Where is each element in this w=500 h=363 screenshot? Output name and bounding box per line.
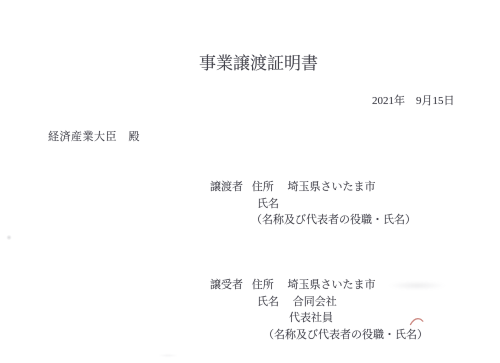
document-title: 事業譲渡証明書 — [199, 54, 318, 74]
transferor-address-label: 住所 — [252, 181, 274, 193]
red-check-mark-icon — [409, 316, 425, 326]
transferee-address-label: 住所 — [252, 279, 274, 291]
recipient-line: 経済産業大臣 殿 — [48, 130, 140, 144]
transferor-representative-note: （名称及び代表者の役職・氏名） — [251, 214, 416, 226]
transferor-address-line: 譲渡者 住所 埼玉県さいたま市 — [210, 179, 416, 196]
certificate-page: 事業譲渡証明書 2021年 9月15日 経済産業大臣 殿 譲渡者 住所 埼玉県さ… — [0, 0, 500, 363]
transferor-role-label: 譲渡者 — [210, 181, 243, 193]
transferee-address-line: 譲受者 住所 埼玉県さいたま市 — [210, 277, 428, 294]
document-date: 2021年 9月15日 — [372, 95, 455, 108]
transferee-company-value: 合同会社 — [293, 296, 337, 308]
transferee-name-label: 氏名 — [257, 296, 279, 308]
transferee-representative-note: （名称及び代表者の役職・氏名） — [263, 329, 428, 341]
transferor-block: 譲渡者 住所 埼玉県さいたま市 氏名 （名称及び代表者の役職・氏名） — [210, 179, 416, 229]
transferor-note-line: （名称及び代表者の役職・氏名） — [251, 212, 416, 229]
transferee-role-label: 譲受者 — [210, 279, 243, 291]
transferor-name-label: 氏名 — [257, 198, 279, 210]
transferor-name-line: 氏名 — [257, 196, 416, 213]
transferee-representative-title-line: 代表社員 — [289, 310, 428, 327]
transferee-name-line: 氏名 合同会社 — [257, 294, 428, 311]
transferee-block: 譲受者 住所 埼玉県さいたま市 氏名 合同会社 代表社員 （名称及び代表者の役職… — [210, 277, 428, 343]
transferee-note-line: （名称及び代表者の役職・氏名） — [263, 327, 428, 344]
scan-speck-artifact — [6, 235, 12, 240]
scan-smudge-artifact — [158, 354, 178, 357]
transferee-address-value: 埼玉県さいたま市 — [288, 279, 376, 291]
transferor-address-value: 埼玉県さいたま市 — [288, 181, 376, 193]
transferee-representative-title: 代表社員 — [289, 312, 333, 324]
